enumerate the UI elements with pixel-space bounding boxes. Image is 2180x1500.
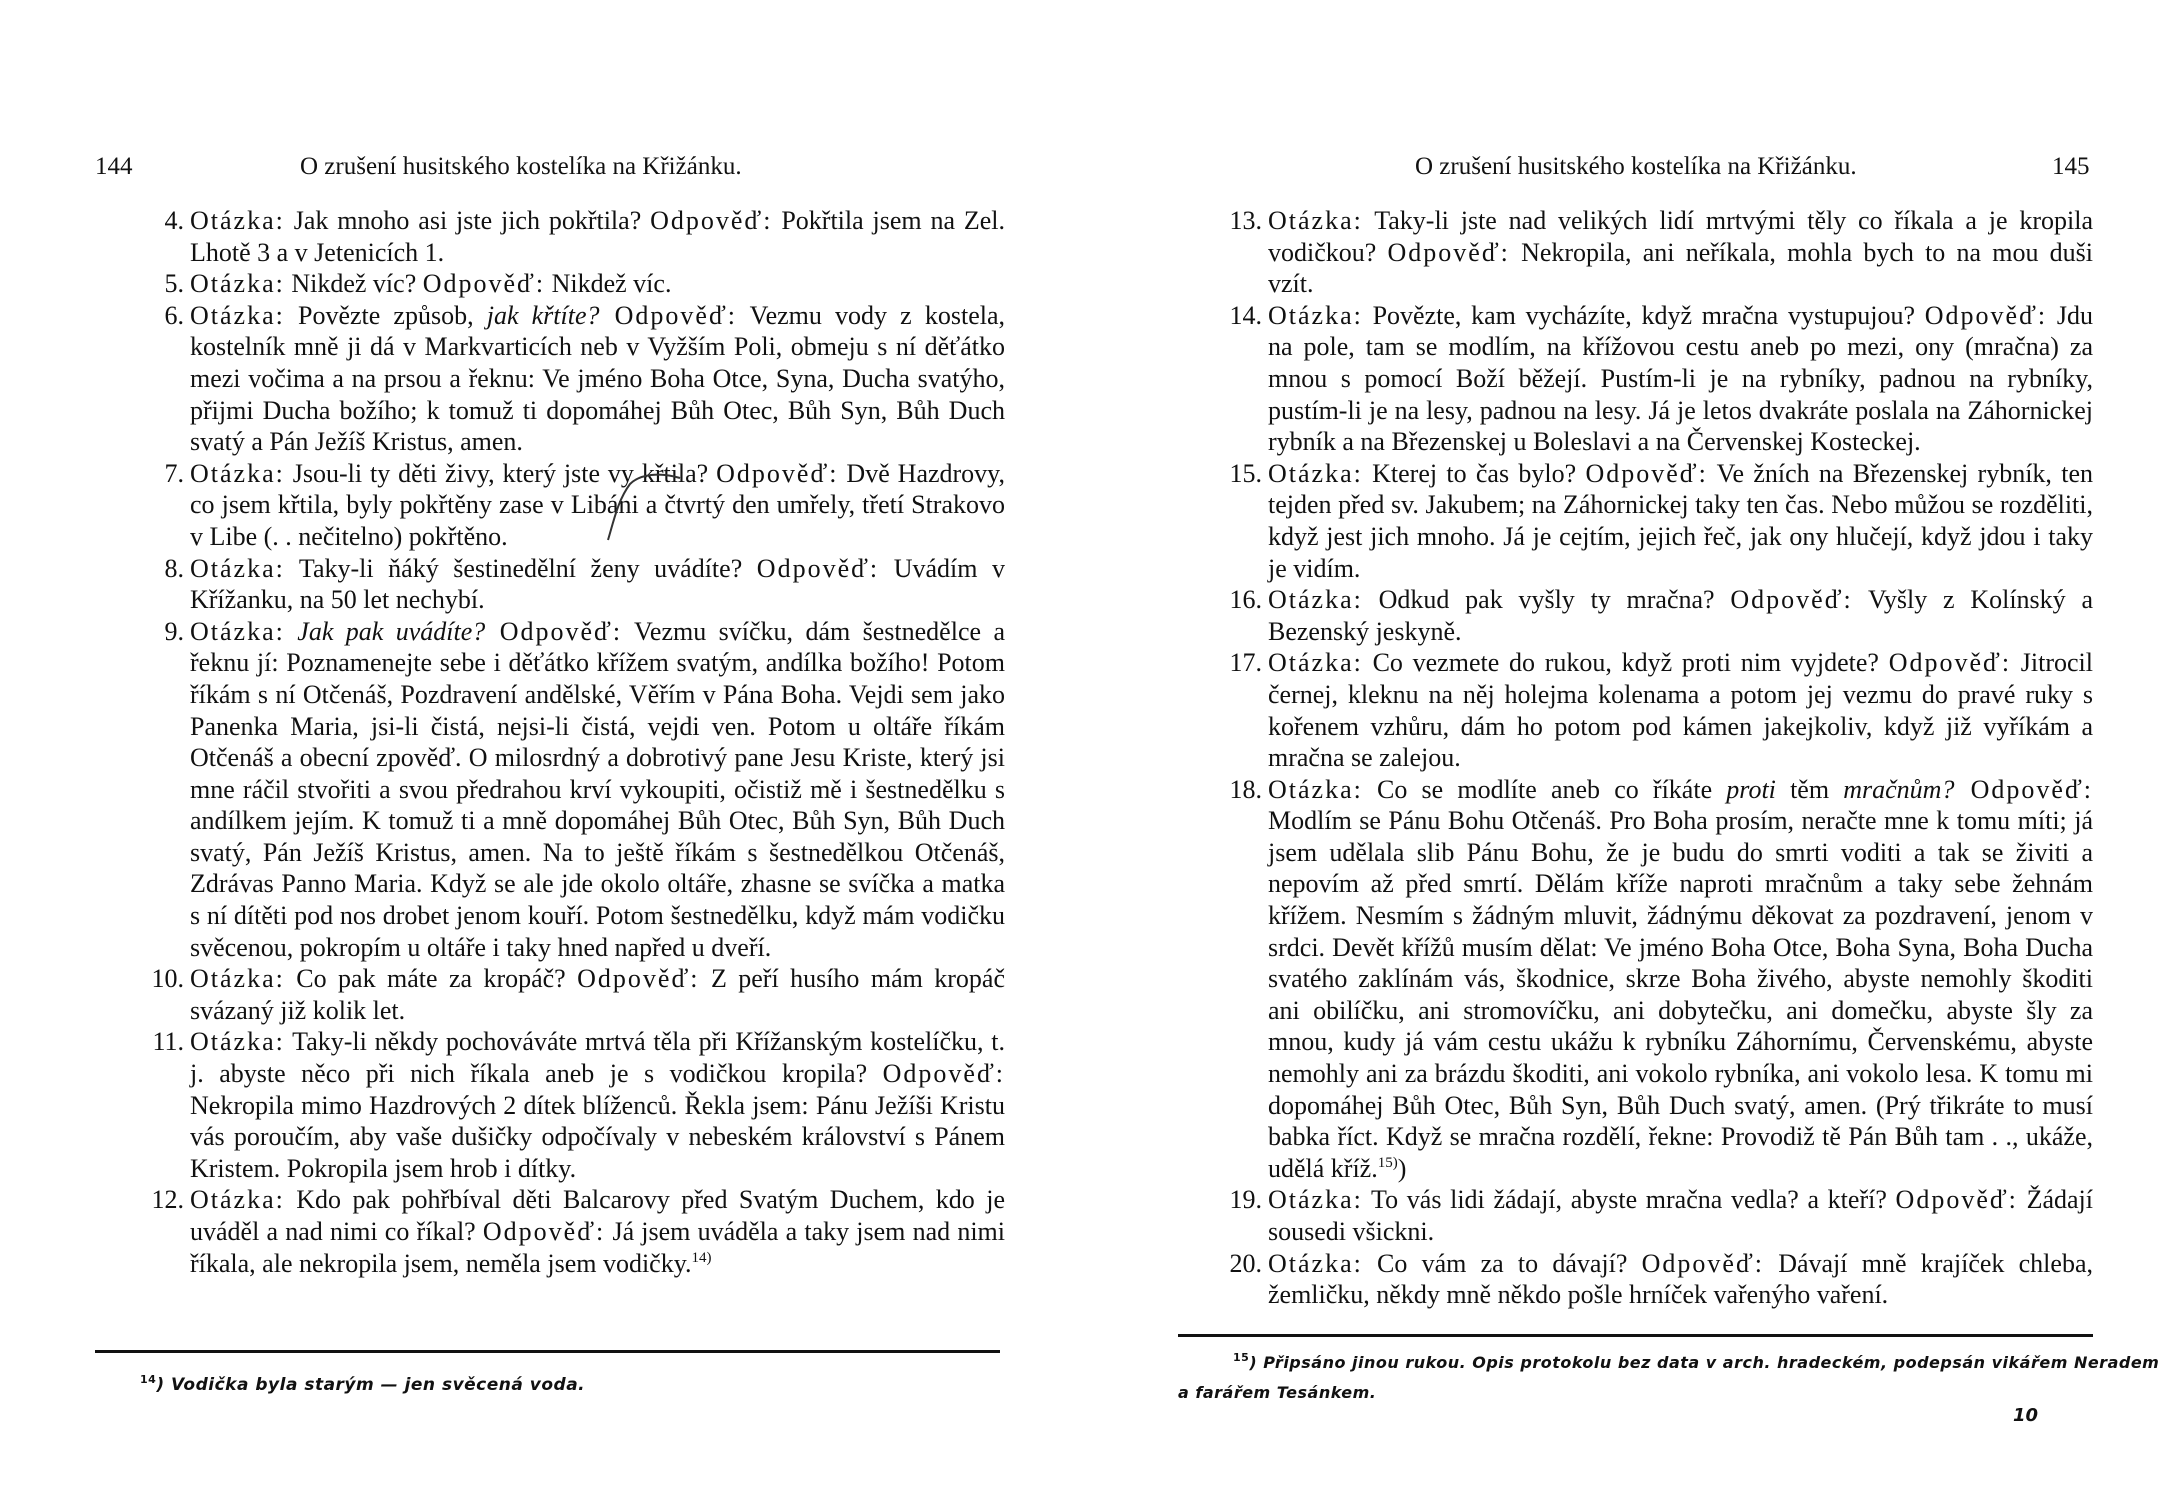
question-text: Povězte způsob, [285,301,487,330]
answer-label: Odpověď: [757,554,879,583]
answer-label: Odpověď: [1954,775,2093,804]
footnote-line-1: 15) Připsáno jinou rukou. Opis protokolu… [1178,1348,2093,1378]
qa-item-7: 7.Otázka: Jsou-li ty děti živy, který js… [160,458,1005,553]
answer-label: Odpověď: [1585,459,1707,488]
answer-label: Odpověď: [485,617,622,646]
question-text: Jak mnoho asi jste jich pokřtila? [285,206,650,235]
question-text-2: těm [1776,775,1843,804]
qa-item-4: 4.Otázka: Jak mnoho asi jste jich pokřti… [160,205,1005,268]
page-number-right: 145 [2052,152,2090,182]
question-label: Otázka: [190,1027,285,1056]
footnote-text-1: ) Připsáno jinou rukou. Opis protokolu b… [1249,1353,2159,1372]
answer-label: Odpověď: [1925,301,2047,330]
footnote-mark: 15 [1233,1351,1249,1364]
qa-item-6: 6.Otázka: Povězte způsob, jak křtíte? Od… [160,300,1005,458]
question-label: Otázka: [190,554,285,583]
qa-item-16: 16.Otázka: Odkud pak vyšly ty mračna? Od… [1238,584,2093,647]
question-label: Otázka: [1268,301,1363,330]
question-text: Taky-li ňáký šestinedělní ženy uvádíte? [285,554,757,583]
item-number: 15. [1220,458,1262,490]
question-label: Otázka: [1268,459,1363,488]
question-text: Odkud pak vyšly ty mračna? [1363,585,1731,614]
item-number: 9. [158,616,184,648]
qa-item-5: 5.Otázka: Nikdež víc? Odpověď: Nikdež ví… [160,268,1005,300]
qa-item-13: 13.Otázka: Taky-li jste nad velikých lid… [1238,205,2093,300]
running-head-left: O zrušení husitského kostelíka na Křižán… [300,152,742,182]
item-number: 10. [142,963,184,995]
item-number: 8. [158,553,184,585]
question-emphasis-2: mračnům? [1843,775,1954,804]
item-number: 19. [1220,1184,1262,1216]
right-page: O zrušení husitského kostelíka na Křižán… [1090,0,2180,1500]
item-number: 5. [158,268,184,300]
question-text: Jsou-li ty děti živy, který jste vy křti… [285,459,716,488]
answer-label: Odpověď: [1896,1185,2018,1214]
qa-item-8: 8.Otázka: Taky-li ňáký šestinedělní ženy… [160,553,1005,616]
question-text [285,617,297,646]
answer-label: Odpověď: [1642,1249,1764,1278]
question-emphasis: Jak pak uvádíte? [297,617,485,646]
question-text: Co vezmete do rukou, když proti nim vyjd… [1363,648,1889,677]
answer-label: Odpověď: [1388,238,1510,267]
item-number: 12. [142,1184,184,1216]
question-label: Otázka: [1268,1249,1363,1278]
answer-label: Odpověď: [650,206,772,235]
left-page: 144 O zrušení husitského kostelíka na Kř… [0,0,1090,1500]
footnote-rule-right [1178,1334,2093,1337]
item-number: 18. [1220,774,1262,806]
answer-label: Odpověď: [716,459,838,488]
qa-item-20: 20.Otázka: Co vám za to dávají? Odpověď:… [1238,1248,2093,1311]
item-number: 14. [1220,300,1262,332]
answer-text: Nikdež víc. [545,269,671,298]
qa-item-17: 17.Otázka: Co vezmete do rukou, když pro… [1238,647,2093,773]
qa-item-12: 12.Otázka: Kdo pak pohřbíval děti Balcar… [160,1184,1005,1279]
right-body: 13.Otázka: Taky-li jste nad velikých lid… [1238,205,2093,1311]
answer-text: Modlím se Pánu Bohu Otčenáš. Pro Boha pr… [1268,806,2093,1183]
question-label: Otázka: [1268,206,1363,235]
answer-text: Nekropila mimo Hazdrových 2 dítek blížen… [190,1091,1005,1183]
footnote-14: 14) Vodička byla starým — jen svěcená vo… [140,1370,585,1400]
item-number: 6. [158,300,184,332]
answer-label: Odpověď: [483,1217,605,1246]
question-text: Co se modlíte aneb co říkáte [1363,775,1726,804]
signature-mark: 10 [2013,1405,2038,1426]
page-number-left: 144 [95,152,133,182]
question-label: Otázka: [190,269,285,298]
item-number: 16. [1220,584,1262,616]
qa-item-18: 18.Otázka: Co se modlíte aneb co říkáte … [1238,774,2093,1185]
question-label: Otázka: [1268,1185,1363,1214]
item-number: 11. [142,1026,184,1058]
question-text: Nikdež víc? [285,269,423,298]
item-number: 4. [158,205,184,237]
footnote-ref-14: 14) [692,1250,712,1266]
question-text: To vás lidi žádají, abyste mračna vedla?… [1363,1185,1896,1214]
answer-label: Odpověď: [883,1059,1005,1088]
question-emphasis: proti [1726,775,1776,804]
answer-label: Odpověď: [1889,648,2011,677]
qa-item-10: 10.Otázka: Co pak máte za kropáč? Odpově… [160,963,1005,1026]
footnote-rule-left [95,1350,1000,1353]
qa-item-15: 15.Otázka: Kterej to čas bylo? Odpověď: … [1238,458,2093,584]
item-number: 20. [1220,1248,1262,1280]
footnote-mark: 14 [140,1373,156,1386]
question-label: Otázka: [190,206,285,235]
question-emphasis: jak křtíte? [487,301,600,330]
question-text: Co pak máte za kropáč? [285,964,577,993]
question-label: Otázka: [190,459,285,488]
answer-label: Odpověď: [577,964,699,993]
question-label: Otázka: [1268,775,1363,804]
running-head-right: O zrušení husitského kostelíka na Křižán… [1415,152,1857,182]
question-label: Otázka: [190,964,285,993]
footnote-line-2: a farářem Tesánkem. [1178,1378,2093,1408]
item-number: 7. [158,458,184,490]
question-label: Otázka: [190,301,285,330]
qa-item-11: 11.Otázka: Taky-li někdy pochováváte mrt… [160,1026,1005,1184]
question-label: Otázka: [1268,585,1363,614]
question-text: Kterej to čas bylo? [1363,459,1586,488]
answer-tail: ) [1398,1154,1407,1183]
footnote-15: 15) Připsáno jinou rukou. Opis protokolu… [1178,1348,2093,1408]
answer-label: Odpověď: [600,301,738,330]
footnote-text: ) Vodička byla starým — jen svěcená voda… [156,1375,585,1395]
question-text: Co vám za to dávají? [1363,1249,1642,1278]
question-label: Otázka: [1268,648,1363,677]
answer-label: Odpověď: [1730,585,1852,614]
qa-item-14: 14.Otázka: Povězte, kam vycházíte, když … [1238,300,2093,458]
qa-item-9: 9.Otázka: Jak pak uvádíte? Odpověď: Vezm… [160,616,1005,964]
question-label: Otázka: [190,1185,285,1214]
question-text: Povězte, kam vycházíte, když mračna vyst… [1363,301,1925,330]
answer-label: Odpověď: [423,269,545,298]
qa-item-19: 19.Otázka: To vás lidi žádají, abyste mr… [1238,1184,2093,1247]
item-number: 17. [1220,647,1262,679]
answer-text: Vezmu svíčku, dám šestnedělce a řeknu jí… [190,617,1005,962]
item-number: 13. [1220,205,1262,237]
left-body: 4.Otázka: Jak mnoho asi jste jich pokřti… [160,205,1005,1279]
footnote-ref-15: 15) [1378,1155,1398,1171]
question-label: Otázka: [190,617,285,646]
